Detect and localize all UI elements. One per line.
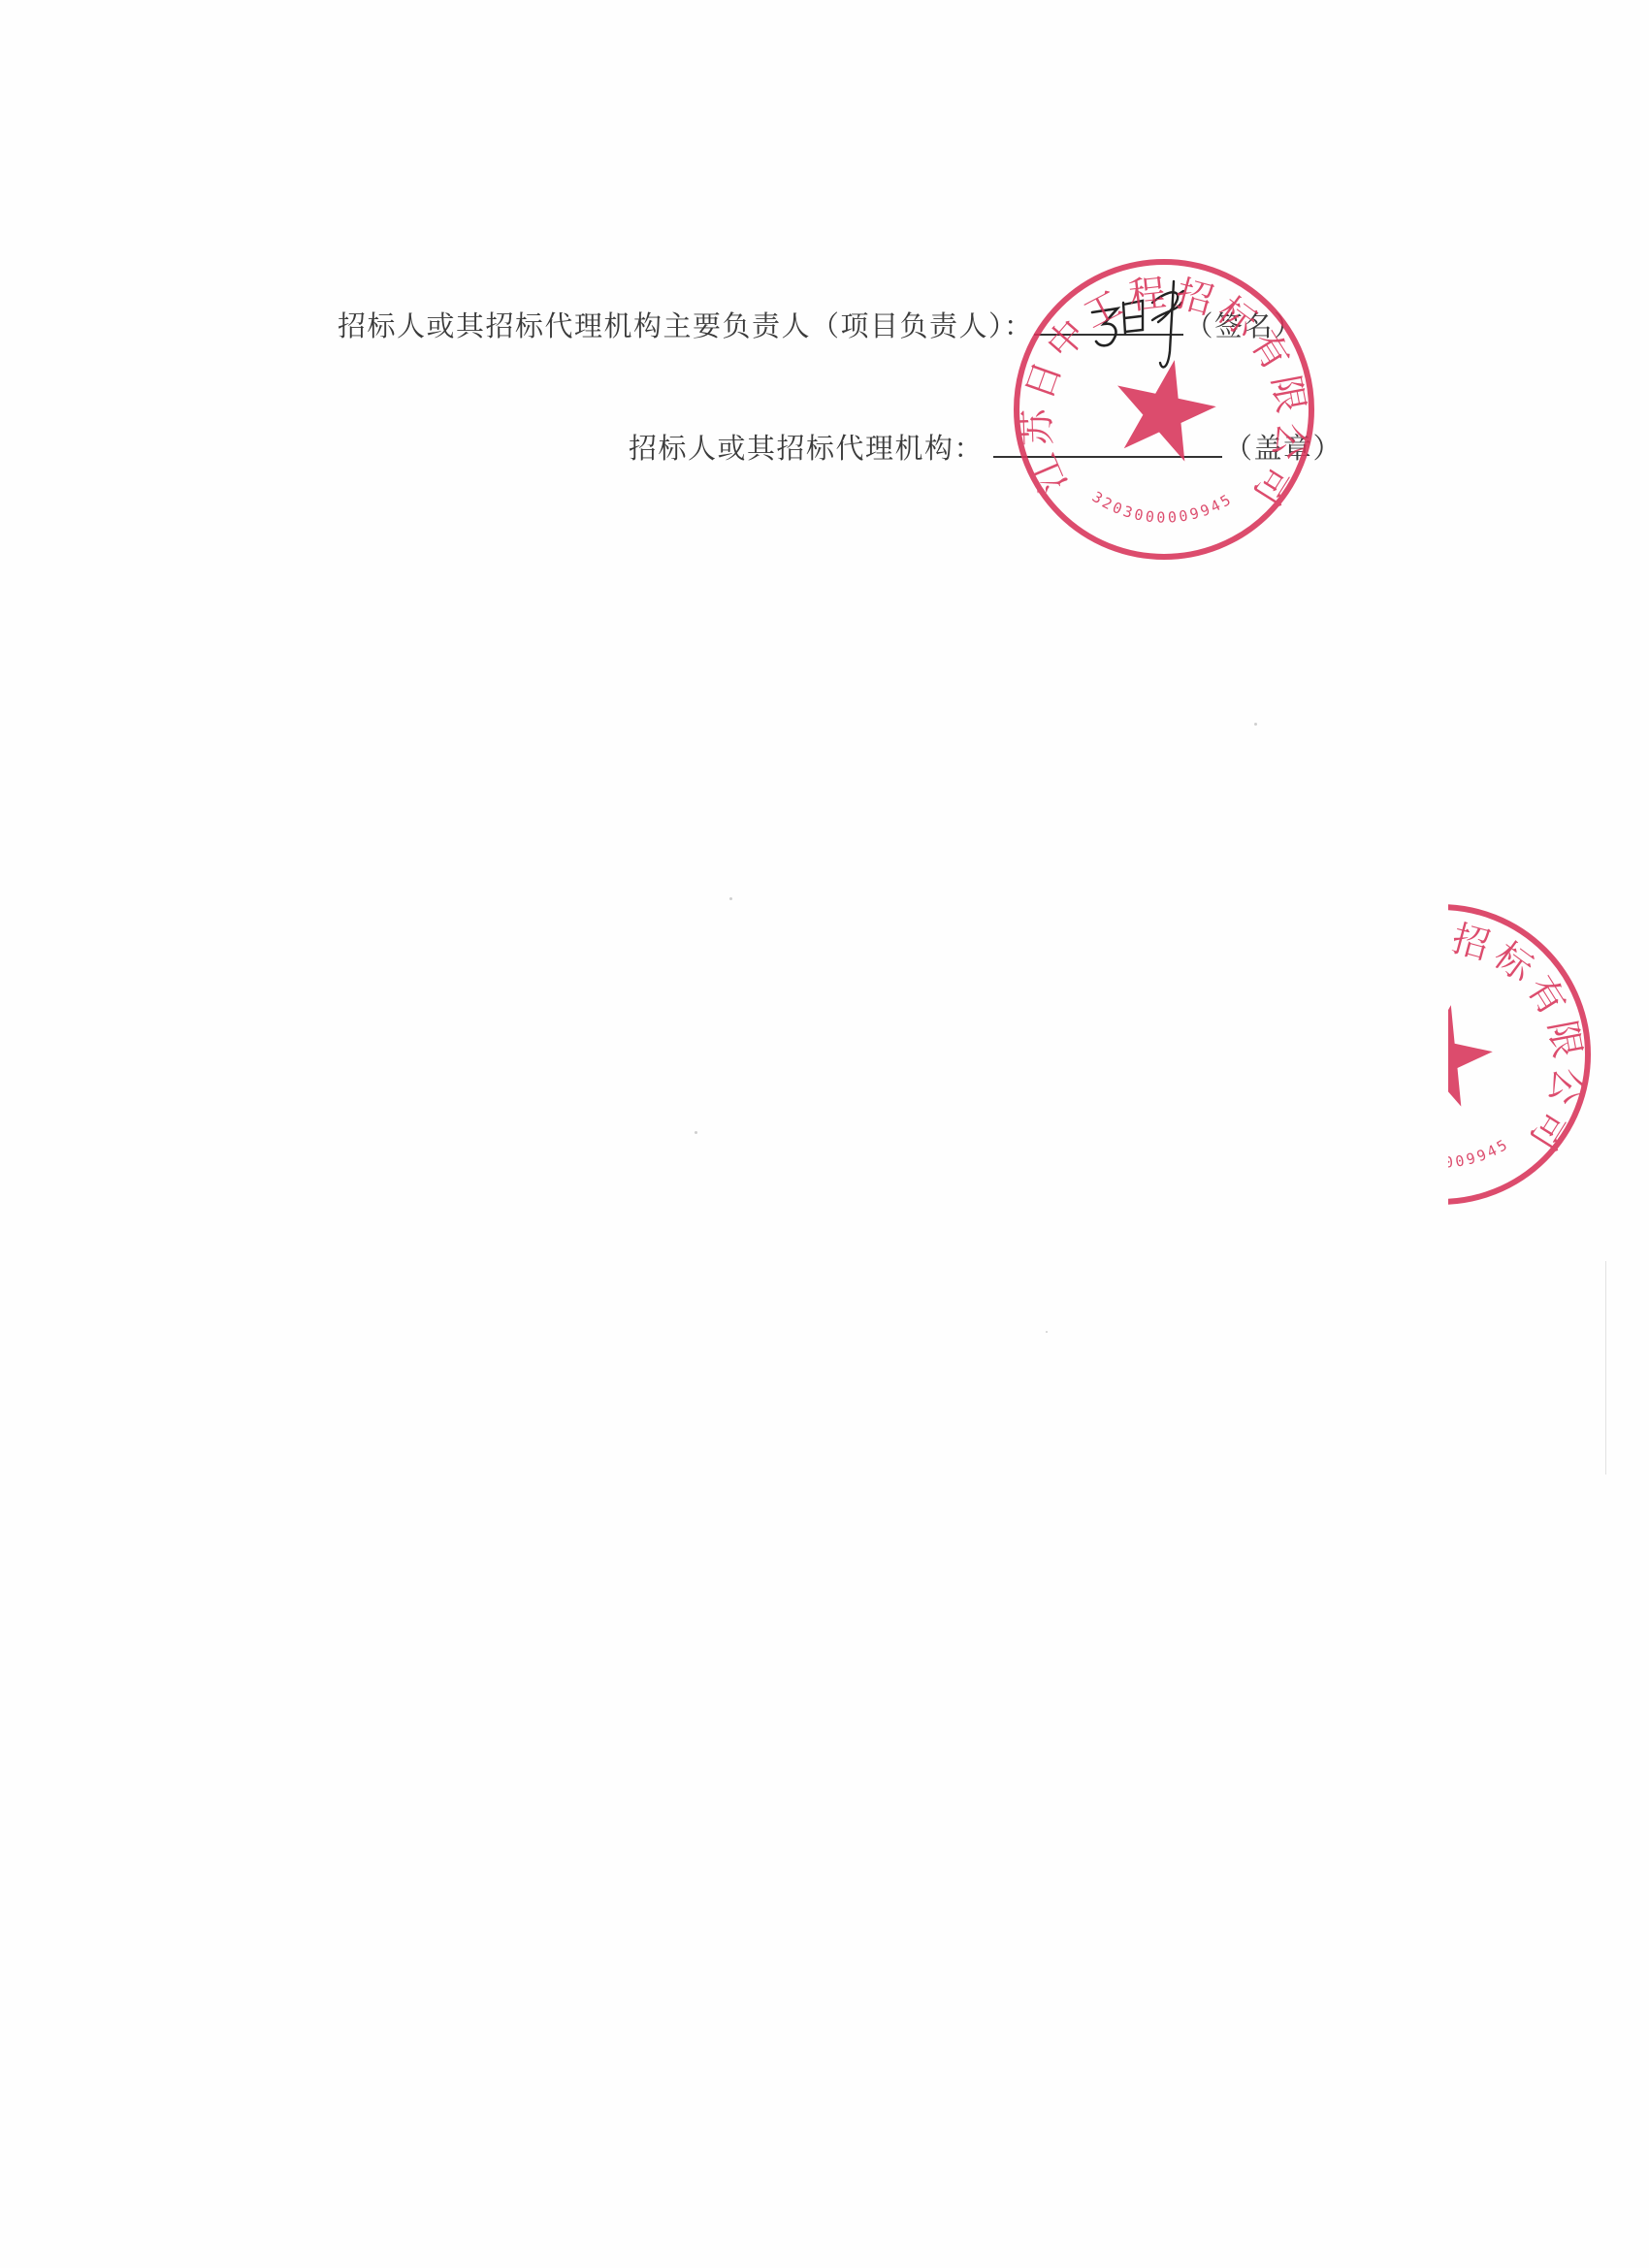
company-seal: 江苏日中工程招标有限公司 3203000009945 bbox=[1009, 254, 1319, 565]
signature-field[interactable] bbox=[1034, 308, 1183, 336]
scan-speck bbox=[695, 1131, 697, 1134]
responsible-person-label: 招标人或其招标代理机构主要负责人（项目负责人）： bbox=[338, 309, 1034, 342]
agency-label: 招标人或其招标代理机构： bbox=[629, 432, 984, 465]
scan-speck bbox=[1254, 723, 1257, 726]
svg-text:江苏日中工程招标有限公司: 江苏日中工程招标有限公司 bbox=[1448, 916, 1590, 1163]
star-icon bbox=[1448, 994, 1501, 1110]
scan-speck bbox=[729, 897, 732, 900]
svg-text:3203000009945: 3203000009945 bbox=[1089, 488, 1237, 527]
partial-seal-container: 江苏日中工程招标有限公司 3203000009945 bbox=[1448, 892, 1613, 1222]
svg-text:3203000009945: 3203000009945 bbox=[1448, 1133, 1512, 1172]
agency-line: 招标人或其招标代理机构：（盖章） bbox=[629, 431, 1342, 465]
page-edge-line bbox=[1605, 1261, 1606, 1474]
partial-company-seal: 江苏日中工程招标有限公司 3203000009945 bbox=[1448, 899, 1596, 1210]
seal-number: 3203000009945 bbox=[1089, 488, 1237, 527]
scan-speck bbox=[1046, 1331, 1048, 1333]
responsible-person-line: 招标人或其招标代理机构主要负责人（项目负责人）：（签名） bbox=[338, 308, 1304, 342]
signature-suffix: （签名） bbox=[1185, 309, 1304, 342]
stamp-suffix: （盖章） bbox=[1224, 432, 1342, 465]
document-page: 招标人或其招标代理机构主要负责人（项目负责人）：（签名） 招标人或其招标代理机构… bbox=[0, 0, 1649, 2268]
stamp-field[interactable] bbox=[993, 431, 1222, 458]
